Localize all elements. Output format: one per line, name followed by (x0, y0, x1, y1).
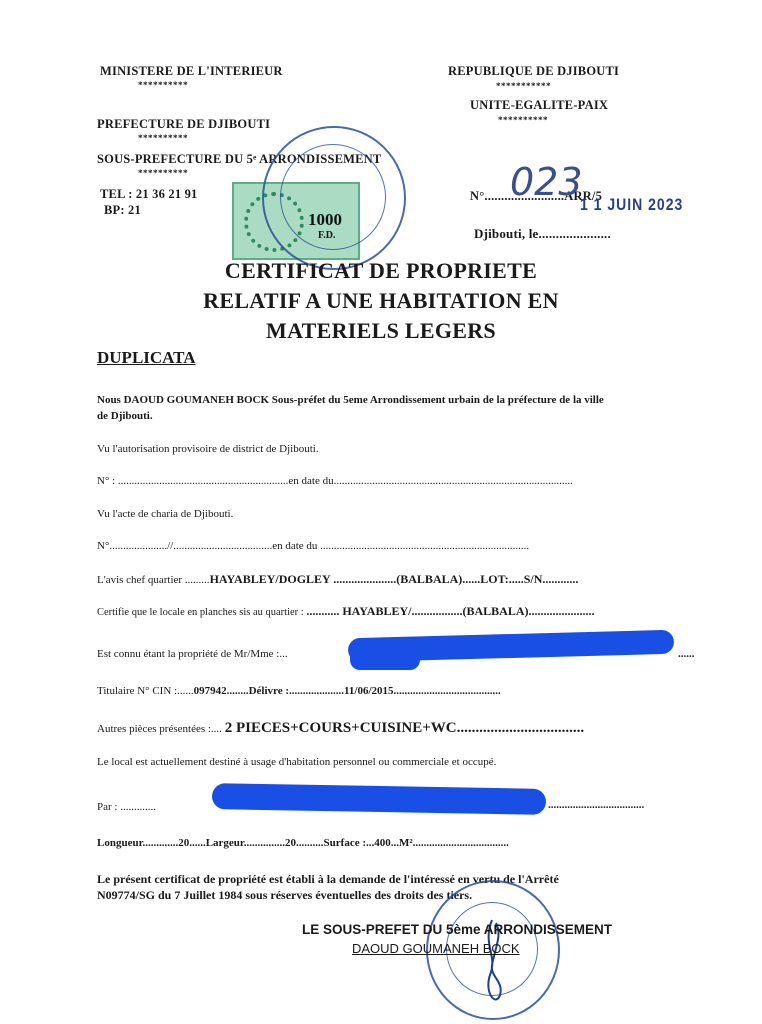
ministry-heading: MINISTERE DE L'INTERIEUR (100, 64, 283, 79)
republic-heading: REPUBLIQUE DE DJIBOUTI (448, 64, 619, 79)
district-chief-label: L'avis chef quartier ......... (97, 574, 210, 586)
authorization-number-field: N° : ...................................… (97, 475, 573, 487)
id-card-field: Titulaire N° CIN :......097942........Dé… (97, 685, 501, 697)
other-documents-label: Autres pièces présentées :.... (97, 723, 225, 735)
dimensions-field: Longueur.............20......Largeur....… (97, 837, 509, 849)
usage-text: Le local est actuellement destiné à usag… (97, 756, 496, 768)
certificate-title-line3: MATERIELS LEGERS (0, 318, 762, 344)
date-stamp: 1 1 JUIN 2023 (580, 194, 683, 213)
separator-stars: ********** (498, 115, 548, 125)
location-label: Certifie que le locale en planches sis a… (97, 607, 306, 618)
signatory-name: DAOUD GOUMANEH BOCK (352, 941, 520, 956)
signatory-title: LE SOUS-PREFET DU 5ème ARRONDISSEMENT (302, 922, 612, 937)
by-name-redaction (212, 783, 546, 815)
by-field-tail: ................................... (548, 799, 644, 811)
separator-stars: *********** (496, 81, 551, 91)
prefecture-heading: PREFECTURE DE DJIBOUTI (97, 117, 270, 132)
place-date: Djibouti, le..................... (474, 226, 611, 242)
telephone: TEL : 21 36 21 91 (100, 187, 198, 202)
certificate-title-line2: RELATIF A UNE HABITATION EN (0, 288, 762, 314)
location-value: ........... HAYABLEY/.................(B… (306, 604, 594, 618)
other-documents-field: Autres pièces présentées :.... 2 PIECES+… (97, 720, 584, 737)
by-field: Par : ............. (97, 801, 156, 813)
owner-label: Est connu étant la propriété de Mr/Mme :… (97, 648, 288, 660)
owner-field: Est connu étant la propriété de Mr/Mme :… (97, 648, 288, 660)
charia-number-field: N°.....................//...............… (97, 540, 529, 552)
id-card-label: Titulaire N° CIN :...... (97, 685, 194, 697)
charia-act-text: Vu l'acte de charia de Djibouti. (97, 508, 233, 520)
district-chief-value: HAYABLEY/DOGLEY .....................(BA… (210, 572, 579, 586)
owner-name-redaction-part (350, 644, 420, 670)
separator-stars: ********** (138, 133, 188, 143)
authorization-text: Vu l'autorisation provisoire de district… (97, 443, 319, 455)
separator-stars: ********** (138, 168, 188, 178)
id-card-value: 097942........Délivre :.................… (194, 685, 501, 697)
postal-box: BP: 21 (104, 203, 141, 218)
official-stamp-top-inner (280, 144, 386, 250)
closing-text-cont: N09774/SG du 7 Juillet 1984 sous réserve… (97, 888, 472, 903)
district-chief-field: L'avis chef quartier .........HAYABLEY/D… (97, 572, 578, 587)
separator-stars: ********** (138, 80, 188, 90)
other-documents-value: 2 PIECES+COURS+CUISINE+WC...............… (225, 720, 584, 736)
location-field: Certifie que le locale en planches sis a… (97, 604, 595, 619)
intro-text-cont: de Djibouti. (97, 410, 153, 422)
by-label: Par : ............. (97, 801, 156, 813)
certificate-title-line1: CERTIFICAT DE PROPRIETE (0, 258, 762, 284)
intro-text: Nous DAOUD GOUMANEH BOCK Sous-préfet du … (97, 394, 604, 406)
motto: UNITE-EGALITE-PAIX (470, 98, 608, 113)
owner-field-tail: ...... (678, 648, 695, 660)
handwritten-number: 023 (510, 160, 583, 204)
duplicata-label: DUPLICATA (97, 348, 196, 368)
